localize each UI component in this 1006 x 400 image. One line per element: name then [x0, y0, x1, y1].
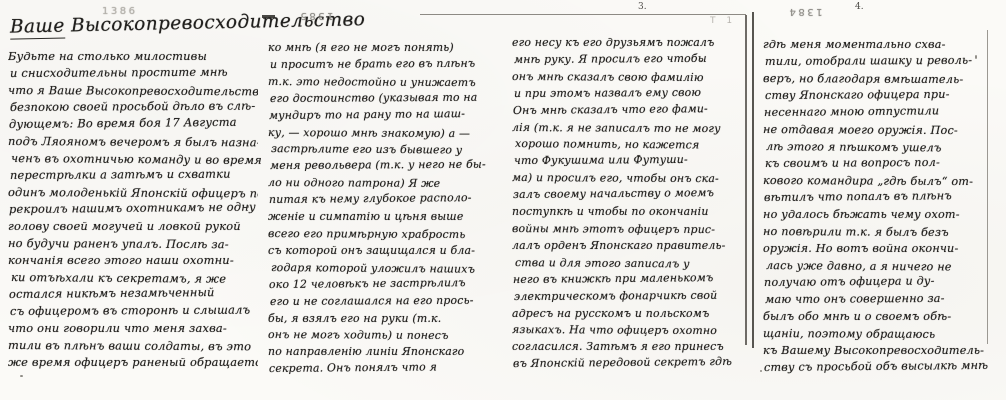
- handwriting-line: Онъ мнѣ сказалъ что его фами-: [513, 100, 745, 119]
- handwriting-line: ко мнѣ (я его не могъ понять): [268, 40, 510, 57]
- handwriting-line: его несу къ его друзьямъ пожалъ: [512, 35, 744, 52]
- handwriting-line: получаю отъ офицера и ду-: [764, 272, 996, 291]
- handwriting-line: же время офицеръ раненый обращается: [8, 354, 258, 371]
- handwriting-line: несеннаго мною отпустили: [764, 102, 996, 121]
- handwriting-line: адресъ на русскомъ и польскомъ: [512, 306, 744, 323]
- handwriting-line: него въ книжкѣ при маленькомъ: [513, 269, 745, 288]
- archive-page-number-stamp: 1384: [787, 6, 822, 17]
- handwriting-line: но будучи раненъ упалъ. Послѣ за-: [8, 235, 258, 253]
- handwriting-line: кончанія всего этого наши охотни-: [8, 252, 258, 269]
- handwriting-line: рекроилъ нашимъ охотникамъ не одну: [9, 199, 259, 218]
- handwriting-line: и проситъ не брать его въ плѣнъ: [270, 55, 512, 73]
- handwriting-line: женіе и симпатію и цѣня выше: [268, 209, 510, 226]
- handwriting-line: былъ обо мнѣ и о своемъ обѣ-: [763, 308, 995, 325]
- handwriting-line: дующемъ: Во время боя 17 Августа: [9, 114, 259, 133]
- handwriting-line: и снисходительны простите мнѣ: [10, 63, 260, 82]
- right-page-left-edge-line: [752, 12, 754, 348]
- handwriting-line: меня револьвера (т.к. у него не бы-: [270, 157, 512, 175]
- handwriting-line: вѣтилъ что попалъ въ плѣнъ: [764, 187, 996, 206]
- handwriting-line: не отдавая моего оружія. Пос-: [763, 121, 995, 139]
- folio-corner-mark: 4.: [855, 2, 864, 12]
- handwriting-line: но повѣрили т.к. я былъ безъ: [763, 223, 995, 241]
- handwriting-line: тили въ плѣнъ ваши солдаты, въ это: [8, 337, 258, 355]
- handwriting-line: что они говорили что меня захва-: [8, 320, 258, 337]
- handwriting-line: въ Японскій передовой секретъ гдѣ: [513, 354, 745, 373]
- handwriting-line: бы, я взялъ его на руки (т.к.: [268, 311, 510, 328]
- handwriting-line: лалъ орденъ Японскаго правитель-: [512, 238, 744, 255]
- handwriting-line: и при этомъ назвалъ ему свою: [514, 84, 746, 102]
- document-scan: 1386 Ваше Высокопревосходительство Будьт…: [0, 0, 1006, 400]
- handwriting-column: Будьте на столько милостивыи снисходител…: [8, 48, 258, 371]
- handwriting-line: залъ своему начальству о моемъ: [513, 185, 745, 204]
- handwriting-line: мнѣ руку. Я просилъ его чтобы: [514, 50, 746, 68]
- handwriting-line: къ своимъ и на вопросъ пол-: [765, 154, 997, 172]
- noise-speck: [760, 370, 762, 372]
- handwriting-line: лія (т.к. я не записалъ то не могу: [512, 120, 744, 138]
- handwriting-line: питая къ нему глубокое располо-: [269, 190, 511, 209]
- handwriting-column: гдѣ меня моментально схва-тили, отобрали…: [763, 36, 995, 376]
- archive-page-number-stamp: 1385: [298, 10, 333, 21]
- handwriting-line: Будьте на столько милостивы: [8, 48, 258, 65]
- folio-corner-mark: 3.: [638, 2, 647, 12]
- handwriting-line: его и не соглашался на его прось-: [270, 292, 512, 310]
- page-top-edge-line: [420, 14, 746, 15]
- handwriting-line: но удалось бѣжать чему охот-: [763, 206, 995, 223]
- handwriting-line: подъ Ляояномъ вечеромъ я былъ назна-: [8, 133, 258, 151]
- faint-header-mark: Т 1: [710, 16, 736, 26]
- handwriting-line: мундиръ то на рану то на шаш-: [269, 105, 511, 124]
- handwriting-line: съ офицеромъ въ сторонѣ и слышалъ: [10, 301, 260, 320]
- handwriting-line: остался никѣмъ незамѣченный: [9, 284, 259, 303]
- handwriting-line: электрическомъ фонарчикѣ свой: [514, 287, 746, 305]
- handwriting-column: ко мнѣ (я его не могъ понять)и проситъ н…: [268, 40, 510, 378]
- handwriting-line: онъ не могъ ходить) и понесъ: [268, 327, 510, 345]
- handwriting-line: его достоинство (указывая то на: [270, 89, 512, 107]
- handwriting-line: ству съ просьбой объ высылкѣ мнѣ: [764, 357, 996, 376]
- handwriting-line: око 12 человѣкъ не застрѣлилъ: [269, 274, 511, 293]
- handwriting-line: перестрѣлки а затѣмъ и схватки: [10, 165, 260, 184]
- salutation-word: Ваше: [10, 15, 65, 39]
- handwriting-line: поступкѣ и чтобы по окончаніи: [512, 204, 744, 221]
- handwriting-line: оружія. Но вотъ война окончи-: [763, 240, 995, 257]
- handwriting-line: тили, отобрали шашку и револь-: [765, 52, 997, 70]
- handwriting-line: языкахъ. На что офицеръ охотно: [512, 322, 744, 340]
- handwriting-column: его несу къ его друзьямъ пожалъмнѣ руку.…: [512, 35, 744, 373]
- handwriting-line: войны мнѣ этотъ офицеръ прис-: [512, 221, 744, 239]
- handwriting-line: гдѣ меня моментально схва-: [763, 36, 995, 53]
- handwriting-line: секрета. Онъ понялъ что я: [269, 359, 511, 378]
- handwriting-line: съ которой онъ защищался и бла-: [268, 243, 510, 260]
- handwriting-line: щаніи, поэтому обращаюсь: [763, 325, 995, 343]
- letter-salutation: Ваше Высокопревосходительство: [10, 11, 260, 37]
- handwriting-line: ку, — хорошо мнѣ знакомую) а —: [268, 125, 510, 143]
- handwriting-line: всего его примѣрную храбрость: [268, 226, 510, 244]
- handwriting-line: маю что онъ совершенно за-: [765, 290, 997, 308]
- noise-speck: [20, 375, 23, 377]
- handwriting-line: голову своей могучей и ловкой рукой: [8, 218, 258, 235]
- handwriting-line: что Фукушима или Футуши-: [514, 152, 746, 170]
